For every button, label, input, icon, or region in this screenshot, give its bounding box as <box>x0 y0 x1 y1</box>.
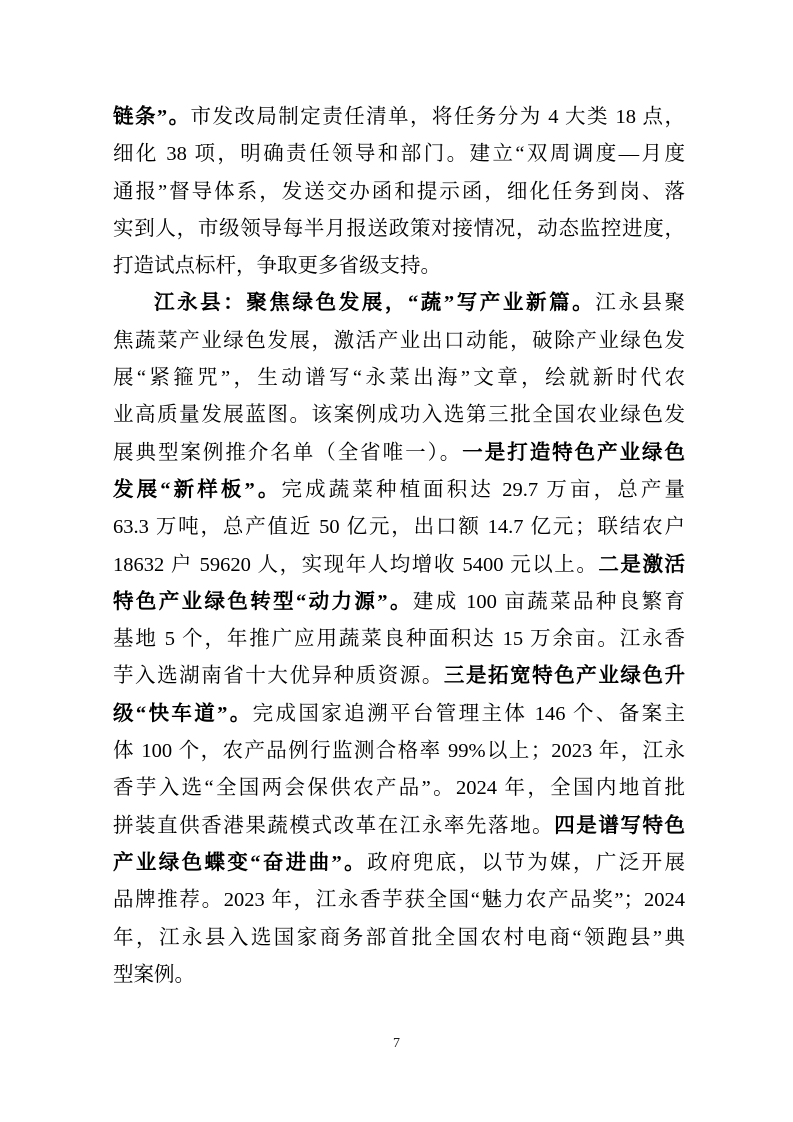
text-segment: 香芋入选“全国两会保供农产品”。2024 年，全国内地首批 <box>113 777 685 799</box>
text-line: 特色产业绿色转型“动力源”。建成 100 亩蔬菜品种良繁育 <box>113 584 685 621</box>
text-line: 拼装直供香港果蔬模式改革在江永率先落地。四是谱写特色 <box>113 808 685 845</box>
text-segment: 四是谱写特色 <box>554 815 685 837</box>
text-segment: 体 100 个，农产品例行监测合格率 99%以上；2023 年，江永 <box>113 740 685 762</box>
text-line: 通报”督导体系，发送交办函和提示函，细化任务到岗、落 <box>113 174 685 211</box>
text-segment: 年，江永县入选国家商务部首批全国农村电商“领跑县”典 <box>113 927 685 949</box>
text-segment: 江永县：聚焦绿色发展，“蔬”写产业新篇。 <box>154 292 595 314</box>
text-segment: 通报”督导体系，发送交办函和提示函，细化任务到岗、落 <box>113 181 685 203</box>
text-line: 打造试点标杆，争取更多省级支持。 <box>113 248 685 285</box>
text-segment: 发展“新样板”。 <box>113 479 281 501</box>
text-line: 年，江永县入选国家商务部首批全国农村电商“领跑县”典 <box>113 920 685 957</box>
text-segment: 63.3 万吨，总产值近 50 亿元，出口额 14.7 亿元；联结农户 <box>113 516 685 538</box>
text-segment: 市发改局制定责任清单，将任务分为 4 大类 18 点， <box>191 106 685 128</box>
text-segment: 18632 户 59620 人，实现年人均增收 5400 元以上。 <box>113 554 598 576</box>
text-line: 业高质量发展蓝图。该案例成功入选第三批全国农业绿色发 <box>113 397 685 434</box>
text-line: 63.3 万吨，总产值近 50 亿元，出口额 14.7 亿元；联结农户 <box>113 509 685 546</box>
text-line: 细化 38 项，明确责任领导和部门。建立“双周调度—月度 <box>113 136 685 173</box>
text-line: 香芋入选“全国两会保供农产品”。2024 年，全国内地首批 <box>113 770 685 807</box>
text-line: 18632 户 59620 人，实现年人均增收 5400 元以上。二是激活 <box>113 547 685 584</box>
text-line: 展“紧箍咒”，生动谱写“永菜出海”文章，绘就新时代农 <box>113 360 685 397</box>
text-segment: 芋入选湖南省十大优异种质资源。 <box>113 665 444 687</box>
text-line: 型案例。 <box>113 957 685 994</box>
text-segment: 江永县聚 <box>595 292 685 314</box>
text-line: 基地 5 个，年推广应用蔬菜良种面积达 15 万余亩。江永香 <box>113 621 685 658</box>
text-segment: 焦蔬菜产业绿色发展，激活产业出口动能，破除产业绿色发 <box>113 330 685 352</box>
text-line: 级“快车道”。完成国家追溯平台管理主体 146 个、备案主 <box>113 696 685 733</box>
page-number: 7 <box>393 1036 400 1051</box>
text-segment: 产业绿色蝶变“奋进曲”。 <box>113 852 367 874</box>
text-segment: 二是激活 <box>598 554 685 576</box>
text-segment: 打造试点标杆，争取更多省级支持。 <box>113 255 441 277</box>
text-line: 芋入选湖南省十大优异种质资源。三是拓宽特色产业绿色升 <box>113 658 685 695</box>
text-segment: 特色产业绿色转型“动力源”。 <box>113 591 413 613</box>
text-segment: 品牌推荐。2023 年，江永香芋获全国“魅力农产品奖”；2024 <box>113 889 685 911</box>
text-line: 江永县：聚焦绿色发展，“蔬”写产业新篇。江永县聚 <box>113 285 685 322</box>
text-segment: 展典型案例推介名单（全省唯一）。 <box>113 442 462 464</box>
text-line: 产业绿色蝶变“奋进曲”。政府兜底，以节为媒，广泛开展 <box>113 845 685 882</box>
text-segment: 级“快车道”。 <box>113 703 253 725</box>
text-line: 体 100 个，农产品例行监测合格率 99%以上；2023 年，江永 <box>113 733 685 770</box>
body-text: 链条”。市发改局制定责任清单，将任务分为 4 大类 18 点，细化 38 项，明… <box>113 99 685 994</box>
text-segment: 三是拓宽特色产业绿色升 <box>444 665 685 687</box>
text-line: 发展“新样板”。完成蔬菜种植面积达 29.7 万亩，总产量 <box>113 472 685 509</box>
text-segment: 型案例。 <box>113 964 195 986</box>
text-segment: 政府兜底，以节为媒，广泛开展 <box>367 852 685 874</box>
text-line: 焦蔬菜产业绿色发展，激活产业出口动能，破除产业绿色发 <box>113 323 685 360</box>
text-segment: 完成国家追溯平台管理主体 146 个、备案主 <box>253 703 685 725</box>
text-line: 品牌推荐。2023 年，江永香芋获全国“魅力农产品奖”；2024 <box>113 882 685 919</box>
text-line: 展典型案例推介名单（全省唯一）。一是打造特色产业绿色 <box>113 435 685 472</box>
text-segment: 一是打造特色产业绿色 <box>462 442 685 464</box>
text-segment: 细化 38 项，明确责任领导和部门。建立“双周调度—月度 <box>113 143 685 165</box>
text-segment: 实到人，市级领导每半月报送政策对接情况，动态监控进度， <box>113 218 685 240</box>
text-segment: 拼装直供香港果蔬模式改革在江永率先落地。 <box>113 815 554 837</box>
page-footer: 7 <box>0 1035 793 1053</box>
text-segment: 完成蔬菜种植面积达 29.7 万亩，总产量 <box>281 479 685 501</box>
text-segment: 业高质量发展蓝图。该案例成功入选第三批全国农业绿色发 <box>113 404 685 426</box>
text-segment: 展“紧箍咒”，生动谱写“永菜出海”文章，绘就新时代农 <box>113 367 685 389</box>
text-line: 实到人，市级领导每半月报送政策对接情况，动态监控进度， <box>113 211 685 248</box>
document-page: 链条”。市发改局制定责任清单，将任务分为 4 大类 18 点，细化 38 项，明… <box>0 0 793 1122</box>
text-segment: 建成 100 亩蔬菜品种良繁育 <box>413 591 685 613</box>
text-line: 链条”。市发改局制定责任清单，将任务分为 4 大类 18 点， <box>113 99 685 136</box>
text-segment: 链条”。 <box>113 106 191 128</box>
text-segment: 基地 5 个，年推广应用蔬菜良种面积达 15 万余亩。江永香 <box>113 628 685 650</box>
